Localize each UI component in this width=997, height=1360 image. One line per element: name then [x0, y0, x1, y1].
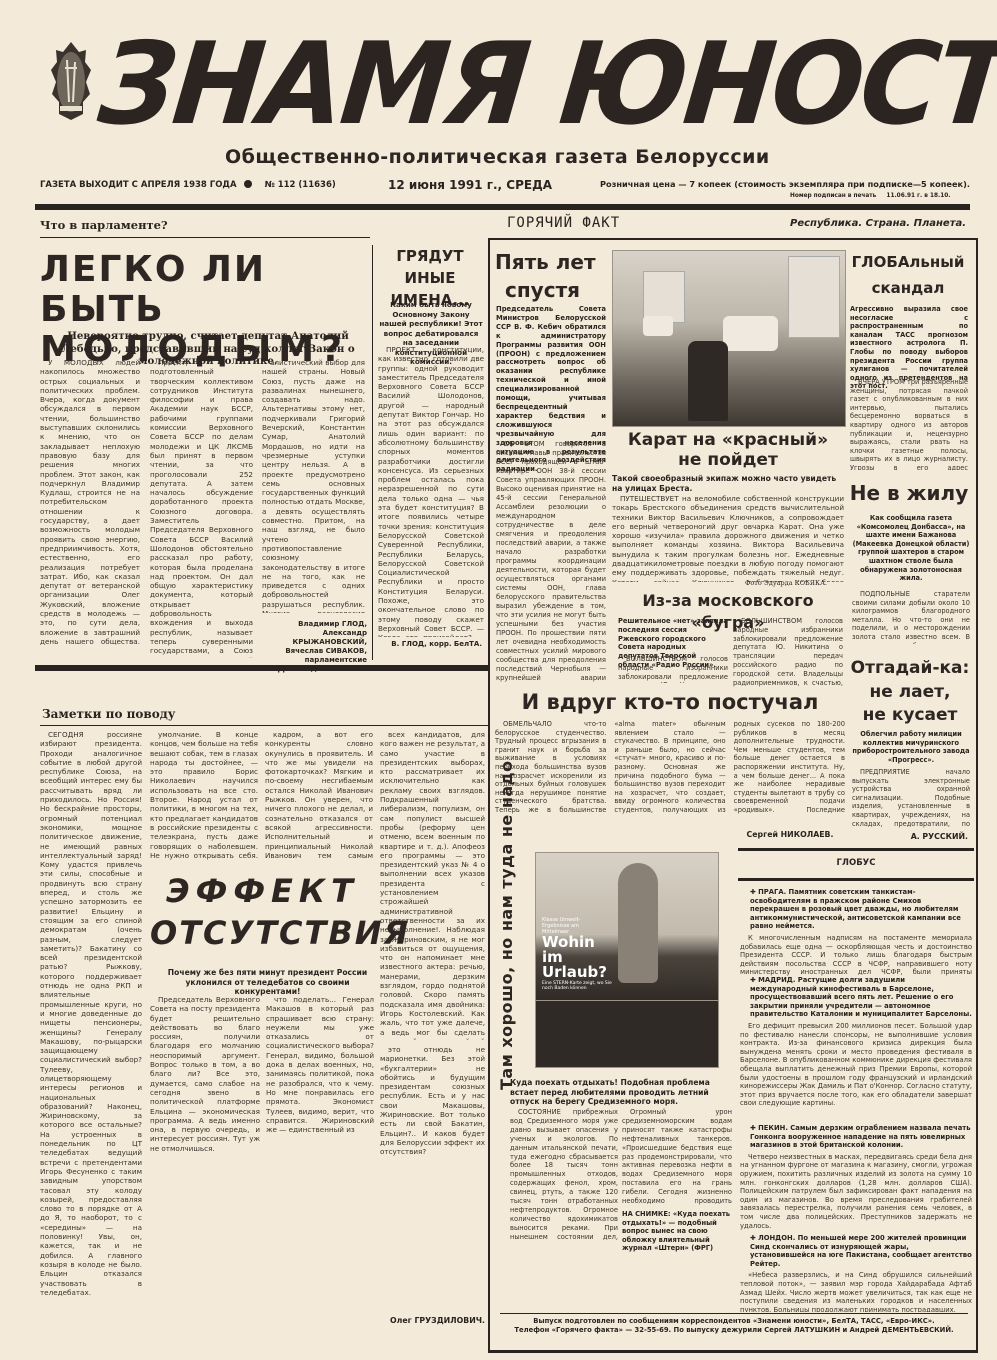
rubric-rule: [40, 237, 370, 238]
issue-info: ГАЗЕТА ВЫХОДИТ С АПРЕЛЯ 1938 ГОДА № 112 …: [40, 180, 336, 190]
globe-rule-top: [738, 848, 974, 851]
photo-car: [723, 316, 778, 351]
article-sea-col2: Огромный урон средиземноморским водам пр…: [622, 1108, 732, 1208]
article-knock: ОБМЕЛЬЧАЛО что-то белорусское студенчест…: [495, 720, 845, 820]
article-legko-col2: Проект, подготовленный творческим коллек…: [150, 358, 253, 658]
magazine-cover-photo: Klasse Umwelt-Ergebnisse am Mittelmeer W…: [535, 852, 719, 1002]
article-legko-col1: У МОЛОДЫХ людей накопилось множество ост…: [40, 358, 140, 648]
tagline: Республика. Страна. Планета.: [790, 218, 966, 229]
rubric-rule: [40, 725, 488, 726]
headline-effect: ЭФФЕКТ ОТСУТСТВИЯ: [150, 870, 375, 954]
rubric-hot-fact: ГОРЯЧИЙ ФАКТ: [507, 215, 620, 231]
article-notes-col1: СЕГОДНЯ россияне избирают президента. Пр…: [40, 730, 142, 1335]
photo-woman: [618, 863, 658, 983]
lead-effect: Почему же без пяти минут президент Росси…: [160, 968, 375, 997]
globe-item: ✚ ПЕКИН. Самым дерзким ограблением назва…: [740, 1124, 972, 1234]
cross-icon: ✚: [750, 888, 758, 896]
article-notes-col3: кадром, а вот его конкуренты словно окун…: [265, 730, 373, 860]
article-legko-col3: алистический выбор для нашей страны. Нов…: [262, 358, 365, 613]
photo-cyclist: [688, 341, 728, 421]
headline-guess: Отгадай-ка: не лает, не кусает: [850, 655, 970, 727]
signature-notes: Олег ГРУЗДИЛОВИЧ.: [380, 1316, 485, 1325]
lead-sea: Куда поехать отдыхать! Подобная проблема…: [510, 1078, 730, 1107]
price-info: Розничная цена — 7 копеек (стоимость экз…: [600, 179, 970, 189]
issue-date: 12 июня 1991 г., СРЕДА: [388, 178, 552, 192]
article-notes-col2: умолчание. В конце концов, чем больше на…: [150, 730, 258, 860]
article-notes-col4: всех кандидатов, для кого важен не резул…: [380, 730, 485, 1040]
article-global: ВЧЕРА УТРОМ три разъяренные женщины, пот…: [850, 378, 968, 470]
lead-guess: Облегчил работу милиции коллектив мичури…: [852, 730, 970, 764]
footer-rule: [500, 1313, 968, 1314]
article-names-body: ПРОЕКТ конституции, как известно, готови…: [378, 345, 484, 637]
signature-guess: А. РУССКИЙ.: [880, 832, 968, 841]
signature-names: В. ГЛОД, корр. БелТА.: [390, 640, 482, 649]
newspaper-title: ЗНАМЯ ЮНОСТИ: [94, 27, 966, 143]
bullet-icon: [244, 180, 252, 188]
headline-five-years: Пять лет спустя: [495, 248, 605, 304]
cover-subtitle: Eine STERN-Karte zeigt, wo Sie noch Bade…: [542, 981, 612, 991]
article-five-years: ОБ ЭТОМ говорится в письме главы правите…: [496, 440, 606, 685]
emblem-icon: [50, 40, 92, 122]
article-guess: ПРЕДПРИЯТИЕ начало выпускать электронные…: [852, 768, 970, 828]
rubric-notes: Заметки по поводу: [42, 707, 175, 721]
cross-icon: ✚: [750, 1124, 758, 1132]
masthead-rule: [35, 204, 970, 210]
photo-velomobile: [612, 250, 846, 427]
vertical-headline-sea: Там хорошо, но нам туда не надо: [492, 820, 522, 1090]
article-karat: ПУТЕШЕСТВУЕТ на веломобиле собственной к…: [612, 494, 844, 582]
magazine-cover-photo-lower: [535, 1000, 719, 1068]
issue-number: № 112 (11636): [265, 180, 336, 190]
article-notes-col6: что поделать... Генерал Макашов в которы…: [266, 995, 374, 1335]
headline-karat: Карат на «красный» не пойдет: [612, 430, 844, 470]
rubric-parliament: Что в парламенте?: [40, 218, 168, 232]
headline-vein: Не в жилу: [848, 480, 970, 506]
headline-global: ГЛОБАльный скандал: [848, 248, 968, 300]
globe-title: ГЛОБУС: [738, 858, 974, 868]
photo-credit: Фото Эдуарда КОБЯКА.: [745, 579, 827, 587]
globe-item: ✚ ЛОНДОН. По меньшей мере 200 жителей пр…: [740, 1234, 972, 1312]
article-moscow-a: БОЛЬШИНСТВОМ голосов народные избранники…: [618, 655, 728, 683]
signature-knock: Сергей НИКОЛАЕВ.: [740, 830, 840, 839]
newspaper-subtitle: Общественно-политическая газета Белорусс…: [225, 146, 845, 168]
globe-rule-bottom: [738, 878, 974, 881]
column-rule: [372, 245, 373, 660]
lead-vein: Как сообщила газета «Комсомолец Донбасса…: [852, 514, 970, 583]
masthead: ЗНАМЯ ЮНОСТИ Общественно-политическая га…: [0, 0, 997, 205]
headline-knock: И вдруг кто-то постучал: [495, 688, 845, 716]
cross-icon: ✚: [750, 1234, 758, 1242]
article-sea-col1: СОСТОЯНИЕ прибрежных вод Средиземного мо…: [510, 1108, 618, 1243]
publishing-since: ГАЗЕТА ВЫХОДИТ С АПРЕЛЯ 1938 ГОДА: [40, 180, 237, 190]
cross-icon: ✚: [750, 976, 758, 984]
globe-item: ✚ МАДРИД. Растущие долги задушили междун…: [740, 976, 972, 1124]
photo-car: [643, 316, 673, 336]
globe-list: ✚ ПРАГА. Памятник советским танкистам-ос…: [740, 888, 972, 1312]
photo-building: [788, 256, 840, 338]
globe-item: ✚ ПРАГА. Памятник советским танкистам-ос…: [740, 888, 972, 976]
thick-rule: [35, 665, 488, 671]
lead-karat: Такой своеобразный экипаж можно часто ув…: [612, 474, 844, 493]
article-notes-col5: Председатель Верховного Совета на посту …: [150, 995, 260, 1335]
article-moscow-b: БОЛЬШИНСТВОМ голосов народные избранники…: [733, 617, 843, 687]
article-notes-col7: это отнюдь не марионетки. Без этой «бухг…: [380, 1045, 485, 1307]
hot-fact-footer: Выпуск подготовлен по сообщениям корресп…: [500, 1317, 968, 1335]
cover-title: Wohin im Urlaub?: [542, 935, 617, 980]
photo-caption-sea: НА СНИМКЕ: «Куда поехать отдыхать!» — по…: [622, 1210, 732, 1253]
signed-to-print: Номер подписан в печать 11.06.91 г. в 18…: [790, 193, 951, 199]
article-vein: ПОДПОЛЬНЫЕ старатели своими силами добыл…: [852, 590, 970, 644]
